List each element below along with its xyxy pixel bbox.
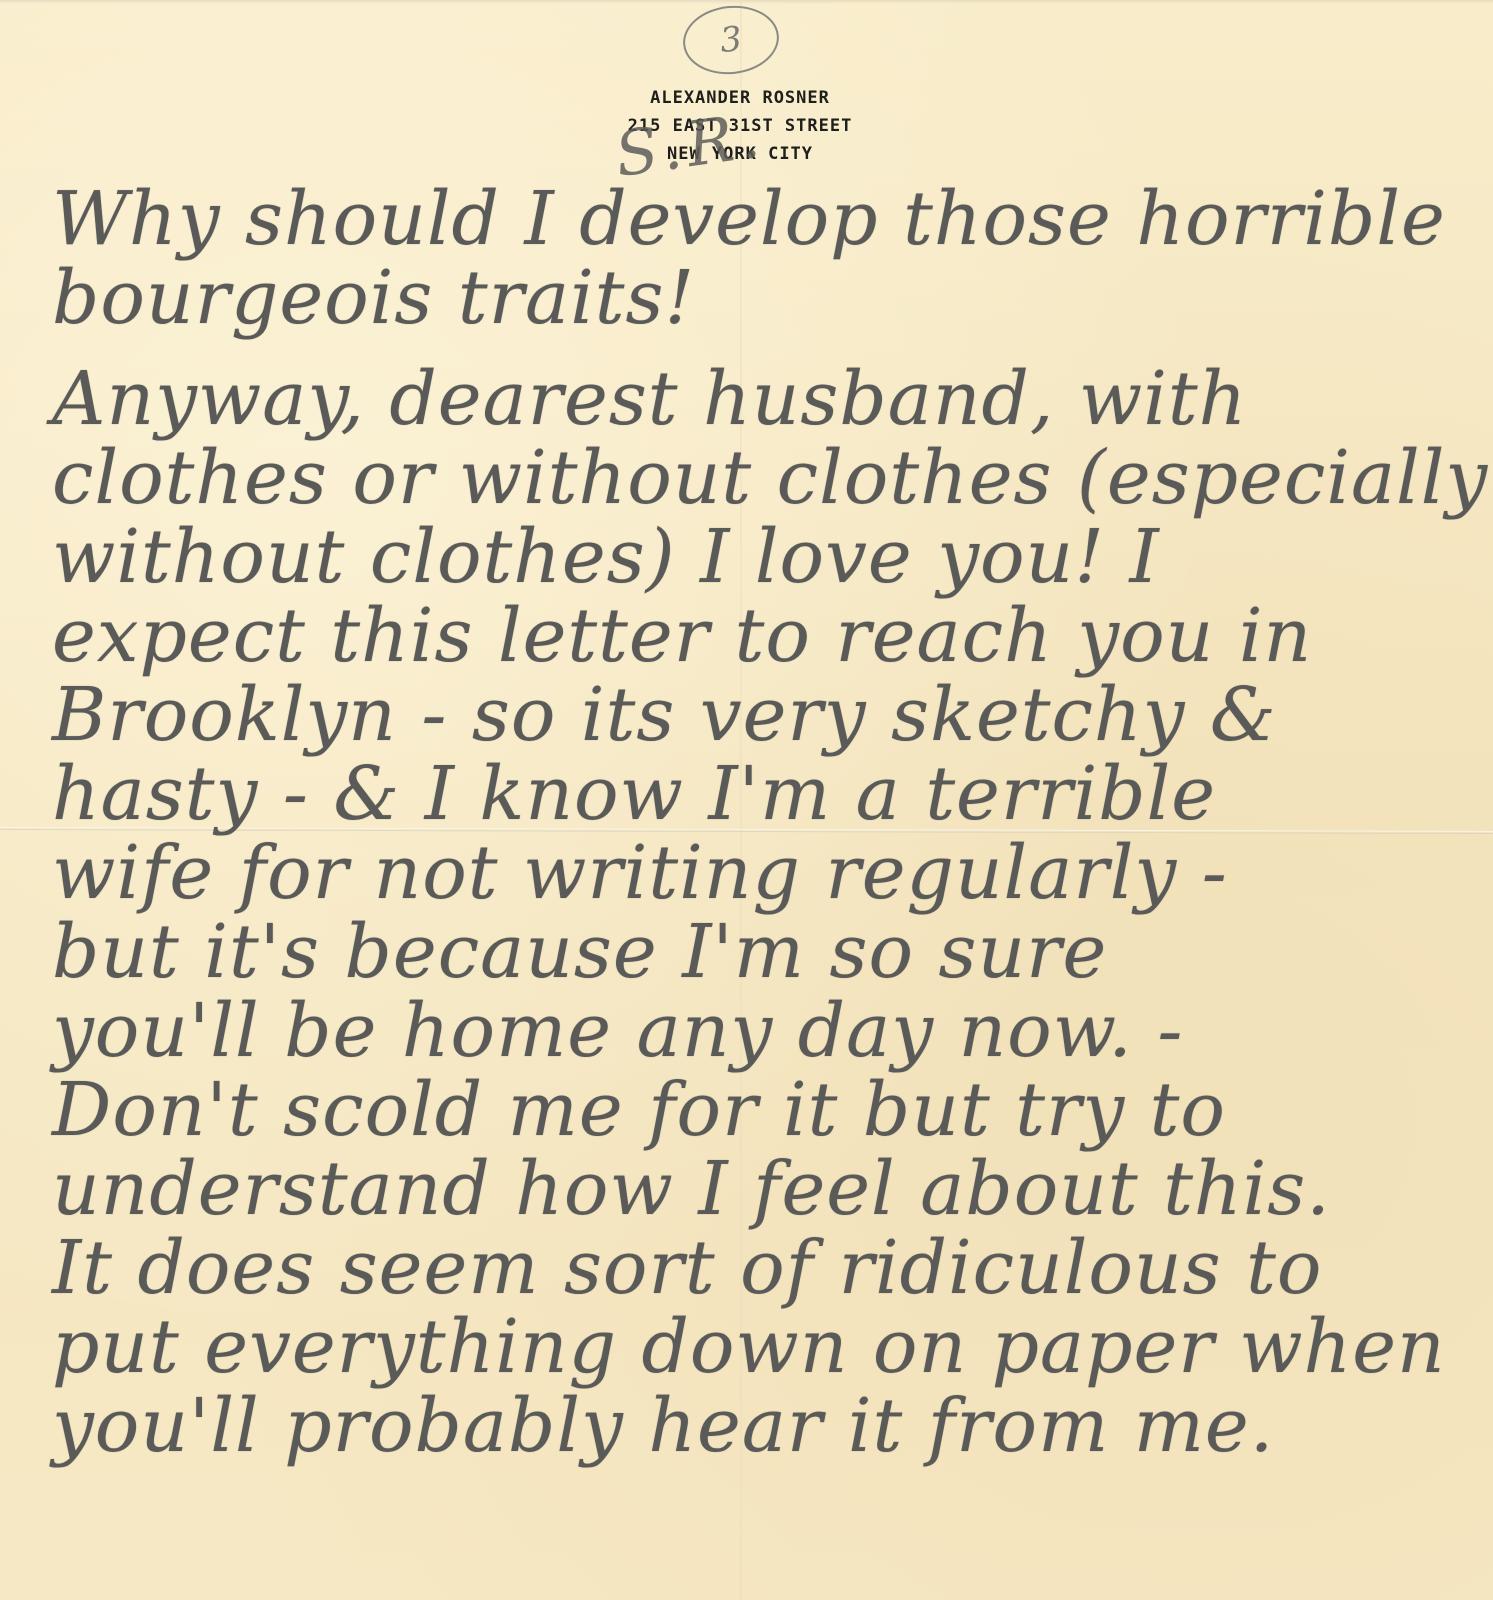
letter-line-14: It does seem sort of ridiculous to bbox=[52, 1229, 1452, 1308]
letter-line-1: Why should I develop those horrible bbox=[52, 180, 1452, 259]
letter-line-10: but it's because I'm so sure bbox=[52, 913, 1452, 992]
letter-line-5: without clothes) I love you! I bbox=[52, 518, 1452, 597]
letter-line-2: bourgeois traits! bbox=[52, 259, 1452, 338]
circled-page-number: 3 bbox=[680, 1, 783, 79]
letter-line-6: expect this letter to reach you in bbox=[52, 597, 1452, 676]
letter-line-11: you'll be home any day now. - bbox=[52, 992, 1452, 1071]
letter-body: Why should I develop those horrible bour… bbox=[52, 180, 1452, 1466]
letter-line-13: understand how I feel about this. bbox=[52, 1150, 1452, 1229]
letter-line-4: clothes or without clothes (especially bbox=[52, 439, 1452, 518]
letter-line-8: hasty - & I know I'm a terrible bbox=[52, 755, 1452, 834]
letter-line-15: put everything down on paper when bbox=[52, 1308, 1452, 1387]
paper-top-edge bbox=[0, 0, 1493, 4]
letter-line-9: wife for not writing regularly - bbox=[52, 834, 1452, 913]
letter-line-3: Anyway, dearest husband, with bbox=[52, 360, 1452, 439]
letter-line-7: Brooklyn - so its very sketchy & bbox=[52, 676, 1452, 755]
letter-line-12: Don't scold me for it but try to bbox=[52, 1071, 1452, 1150]
letter-line-16: you'll probably hear it from me. bbox=[52, 1387, 1452, 1466]
page-number-text: 3 bbox=[718, 19, 744, 61]
letter-page: 3 ALEXANDER ROSNER 215 EAST 31ST STREET … bbox=[0, 0, 1493, 1600]
